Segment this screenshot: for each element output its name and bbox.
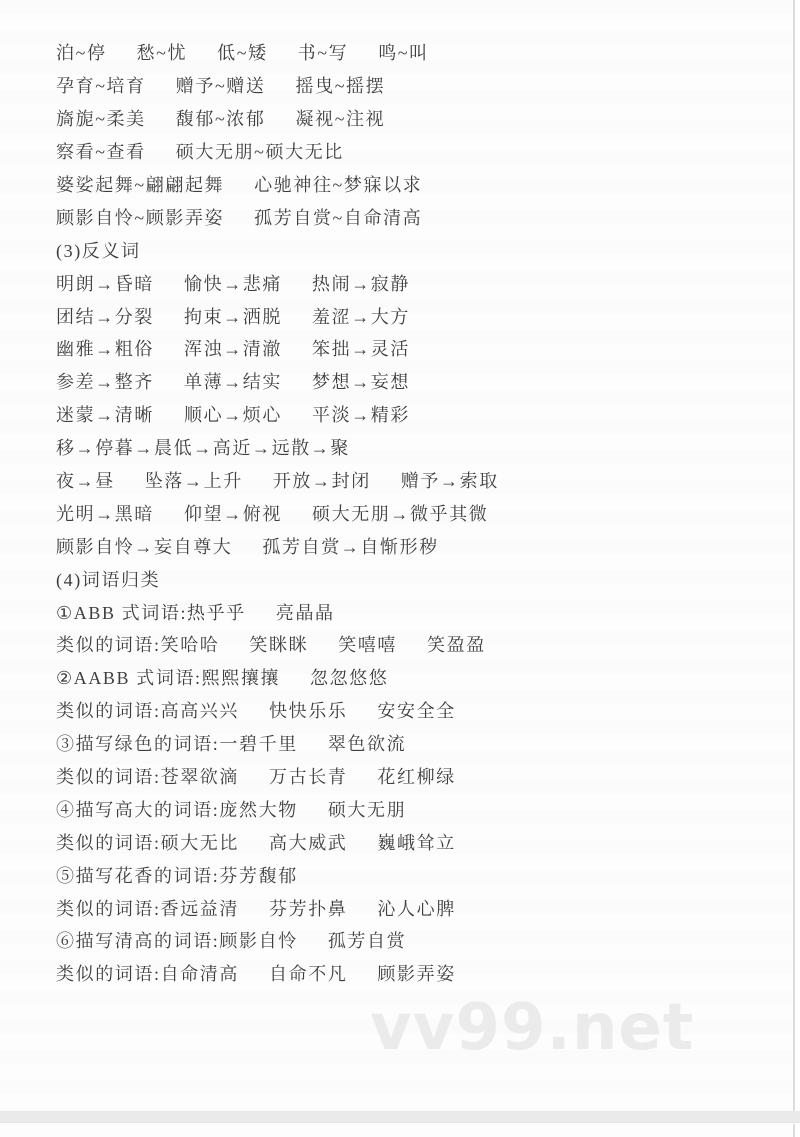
next-page-top-edge xyxy=(0,1124,795,1137)
text-segment: 开放→封闭 xyxy=(273,467,371,493)
text-segment: 察看~查看 xyxy=(56,138,146,164)
text-line: 顾影自怜~顾影弄姿孤芳自赏~自命清高 xyxy=(56,200,763,233)
text-segment: 翠色欲流 xyxy=(328,730,406,756)
text-segment: 类似的词语:笑哈哈 xyxy=(56,631,219,657)
text-segment: 顾影自怜→妄自尊大 xyxy=(56,533,232,559)
text-segment: 孤芳自赏→自惭形秽 xyxy=(262,533,438,559)
text-segment: 明朗→昏暗 xyxy=(56,270,154,296)
text-line: ④描写高大的词语:庞然大物硕大无朋 xyxy=(56,792,763,825)
text-line: (3)反义词 xyxy=(56,233,763,266)
text-line: 孕育~培育赠予~赠送摇曳~摇摆 xyxy=(56,69,763,102)
text-segment: ③描写绿色的词语:一碧千里 xyxy=(56,730,298,756)
text-segment: 笑盈盈 xyxy=(427,631,486,657)
text-line: 幽雅→粗俗浑浊→清澈笨拙→灵活 xyxy=(56,332,763,365)
text-segment: ②AABB 式词语:熙熙攘攘 xyxy=(56,664,280,690)
text-segment: 旖旎~柔美 xyxy=(56,105,146,131)
text-line: 顾影自怜→妄自尊大孤芳自赏→自惭形秽 xyxy=(56,529,763,562)
scanned-page: 泊~停愁~忧低~矮书~写鸣~叫孕育~培育赠予~赠送摇曳~摇摆旖旎~柔美馥郁~浓郁… xyxy=(0,0,795,1111)
text-segment: 孤芳自赏 xyxy=(328,927,406,953)
text-segment: 浑浊→清澈 xyxy=(184,335,282,361)
text-segment: 笑嘻嘻 xyxy=(338,631,397,657)
text-segment: ⑤描写花香的词语:芬芳馥郁 xyxy=(56,862,298,888)
text-segment: ⑥描写清高的词语:顾影自怜 xyxy=(56,927,298,953)
text-segment: 拘束→洒脱 xyxy=(184,303,282,329)
text-segment: 类似的词语:苍翠欲滴 xyxy=(56,763,239,789)
text-segment: 赠予~赠送 xyxy=(176,72,266,98)
text-segment: 花红柳绿 xyxy=(377,763,455,789)
text-segment: 移→停暮→晨低→高近→远散→聚 xyxy=(56,434,350,460)
text-segment: 类似的词语:高高兴兴 xyxy=(56,697,239,723)
text-segment: 夜→昼 xyxy=(56,467,115,493)
text-segment: 坠落→上升 xyxy=(145,467,243,493)
text-line: ⑤描写花香的词语:芬芳馥郁 xyxy=(56,858,763,891)
text-line: 类似的词语:苍翠欲滴万古长青花红柳绿 xyxy=(56,760,763,793)
text-segment: 团结→分裂 xyxy=(56,303,154,329)
text-segment: 类似的词语:自命清高 xyxy=(56,960,239,986)
text-line: 明朗→昏暗愉快→悲痛热闹→寂静 xyxy=(56,266,763,299)
text-segment: 高大威武 xyxy=(269,829,347,855)
watermark: vv99.net xyxy=(370,996,694,1060)
text-segment: 泊~停 xyxy=(56,39,107,65)
text-segment: 热闹→寂静 xyxy=(312,270,410,296)
text-segment: 快快乐乐 xyxy=(269,697,347,723)
text-line: 夜→昼坠落→上升开放→封闭赠予→索取 xyxy=(56,464,763,497)
text-segment: 单薄→结实 xyxy=(184,368,282,394)
text-segment: 顾影自怜~顾影弄姿 xyxy=(56,204,224,230)
text-segment: 芬芳扑鼻 xyxy=(269,895,347,921)
page-content: 泊~停愁~忧低~矮书~写鸣~叫孕育~培育赠予~赠送摇曳~摇摆旖旎~柔美馥郁~浓郁… xyxy=(0,0,793,990)
text-segment: 迷蒙→清晰 xyxy=(56,401,154,427)
text-segment: 忽忽悠悠 xyxy=(310,664,388,690)
text-segment: 鸣~叫 xyxy=(378,39,429,65)
text-segment: 平淡→精彩 xyxy=(312,401,410,427)
text-segment: (3)反义词 xyxy=(56,237,141,263)
text-line: 团结→分裂拘束→洒脱羞涩→大方 xyxy=(56,299,763,332)
text-segment: 摇曳~摇摆 xyxy=(296,72,386,98)
text-segment: 凝视~注视 xyxy=(296,105,386,131)
text-segment: 顾影弄姿 xyxy=(377,960,455,986)
text-segment: 自命不凡 xyxy=(269,960,347,986)
text-line: 光明→黑暗仰望→俯视硕大无朋→微乎其微 xyxy=(56,496,763,529)
text-segment: 愉快→悲痛 xyxy=(184,270,282,296)
text-segment: 幽雅→粗俗 xyxy=(56,335,154,361)
text-segment: 赠予→索取 xyxy=(401,467,499,493)
text-line: ③描写绿色的词语:一碧千里翠色欲流 xyxy=(56,727,763,760)
text-segment: 心驰神往~梦寐以求 xyxy=(254,171,422,197)
text-segment: 愁~忧 xyxy=(137,39,188,65)
text-line: ①ABB 式词语:热乎乎亮晶晶 xyxy=(56,595,763,628)
text-line: 泊~停愁~忧低~矮书~写鸣~叫 xyxy=(56,36,763,69)
text-segment: 羞涩→大方 xyxy=(312,303,410,329)
text-segment: 笑眯眯 xyxy=(249,631,308,657)
text-segment: 书~写 xyxy=(298,39,349,65)
text-segment: 馥郁~浓郁 xyxy=(176,105,266,131)
text-segment: 安安全全 xyxy=(377,697,455,723)
text-segment: 孤芳自赏~自命清高 xyxy=(254,204,422,230)
text-segment: (4)词语归类 xyxy=(56,566,160,592)
text-segment: 婆娑起舞~翩翩起舞 xyxy=(56,171,224,197)
text-line: 类似的词语:高高兴兴快快乐乐安安全全 xyxy=(56,694,763,727)
text-line: 察看~查看硕大无朋~硕大无比 xyxy=(56,135,763,168)
text-line: 类似的词语:笑哈哈笑眯眯笑嘻嘻笑盈盈 xyxy=(56,628,763,661)
text-segment: ①ABB 式词语:热乎乎 xyxy=(56,599,246,625)
text-line: 参差→整齐单薄→结实梦想→妄想 xyxy=(56,365,763,398)
text-line: ②AABB 式词语:熙熙攘攘忽忽悠悠 xyxy=(56,661,763,694)
text-line: 类似的词语:硕大无比高大威武巍峨耸立 xyxy=(56,825,763,858)
text-segment: 万古长青 xyxy=(269,763,347,789)
text-line: 婆娑起舞~翩翩起舞心驰神往~梦寐以求 xyxy=(56,168,763,201)
text-segment: 类似的词语:硕大无比 xyxy=(56,829,239,855)
text-segment: 仰望→俯视 xyxy=(184,500,282,526)
text-line: 移→停暮→晨低→高近→远散→聚 xyxy=(56,431,763,464)
text-segment: 沁人心脾 xyxy=(377,895,455,921)
text-segment: 低~矮 xyxy=(217,39,268,65)
text-segment: 梦想→妄想 xyxy=(312,368,410,394)
text-line: 迷蒙→清晰顺心→烦心平淡→精彩 xyxy=(56,398,763,431)
text-segment: 硕大无朋~硕大无比 xyxy=(176,138,344,164)
text-segment: 硕大无朋 xyxy=(328,796,406,822)
text-line: 类似的词语:香远益清芬芳扑鼻沁人心脾 xyxy=(56,891,763,924)
text-segment: 孕育~培育 xyxy=(56,72,146,98)
text-line: 旖旎~柔美馥郁~浓郁凝视~注视 xyxy=(56,102,763,135)
page-gap xyxy=(0,1111,800,1123)
text-line: (4)词语归类 xyxy=(56,562,763,595)
text-segment: 笨拙→灵活 xyxy=(312,335,410,361)
text-segment: ④描写高大的词语:庞然大物 xyxy=(56,796,298,822)
text-line: ⑥描写清高的词语:顾影自怜孤芳自赏 xyxy=(56,924,763,957)
text-segment: 参差→整齐 xyxy=(56,368,154,394)
text-segment: 巍峨耸立 xyxy=(377,829,455,855)
text-segment: 硕大无朋→微乎其微 xyxy=(312,500,488,526)
text-segment: 光明→黑暗 xyxy=(56,500,154,526)
document-viewer[interactable]: 泊~停愁~忧低~矮书~写鸣~叫孕育~培育赠予~赠送摇曳~摇摆旖旎~柔美馥郁~浓郁… xyxy=(0,0,800,1137)
text-segment: 类似的词语:香远益清 xyxy=(56,895,239,921)
text-segment: 亮晶晶 xyxy=(276,599,335,625)
text-segment: 顺心→烦心 xyxy=(184,401,282,427)
text-line: 类似的词语:自命清高自命不凡顾影弄姿 xyxy=(56,957,763,990)
